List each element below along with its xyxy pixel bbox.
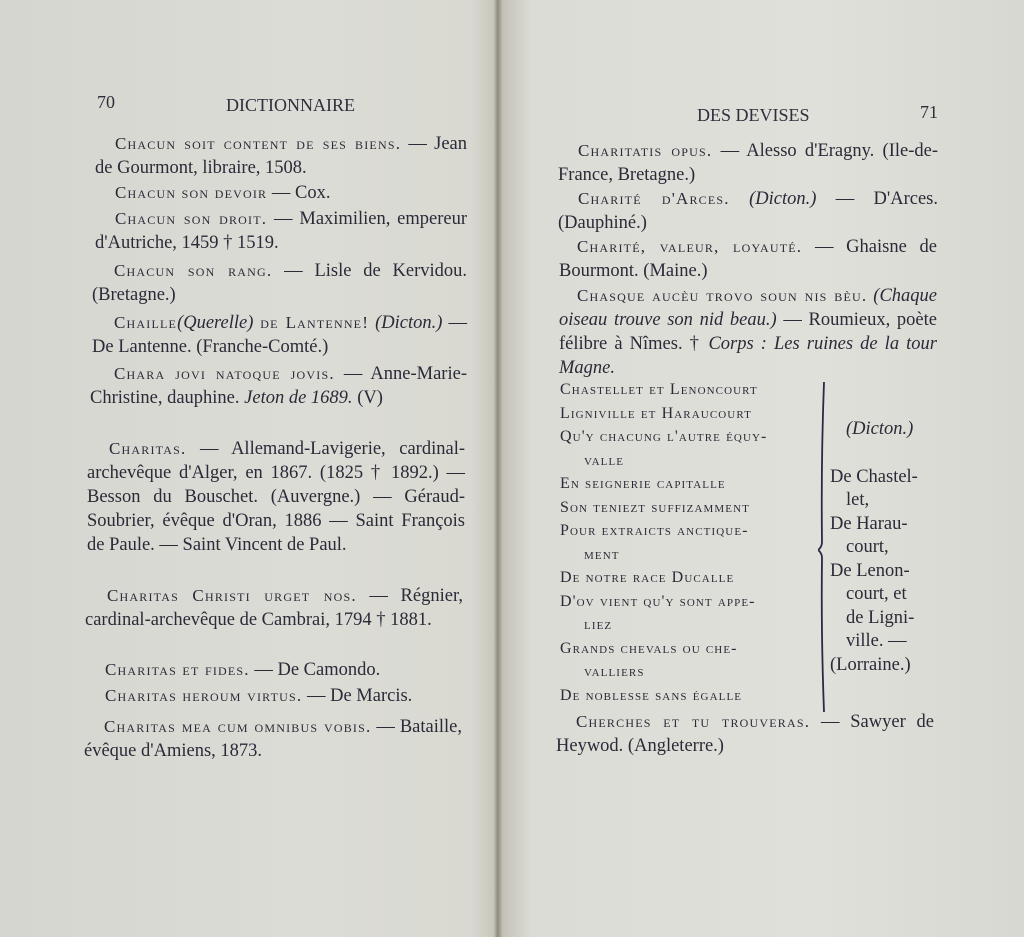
motto: Charitas.: [109, 439, 186, 458]
entry: Chaille(Querelle) de Lantenne! (Dicton.)…: [92, 311, 467, 359]
poem-line: D'ov vient qu'y sont appe-: [560, 590, 810, 614]
motto: Charitas Christi urget nos.: [107, 586, 357, 605]
poem-line: Chastellet et Lenoncourt: [560, 378, 810, 402]
motto: Chacun son droit.: [115, 209, 267, 228]
poem-line: Pour extraicts anctique-: [560, 519, 810, 543]
entry: Chacun soit content de ses biens. — Jean…: [95, 132, 467, 180]
dicton-label: (Dicton.): [830, 418, 940, 442]
motto: Charitatis opus.: [578, 141, 712, 160]
entry: Charitas. — Allemand-Lavigerie, cardinal…: [87, 437, 465, 557]
motto: Charité, valeur, loyauté.: [577, 237, 802, 256]
entry: Charitas et fides. — De Camondo.: [85, 658, 463, 682]
motto: Chasque aucèu trovo soun nis bèu.: [577, 286, 867, 305]
poem-block: Chastellet et Lenoncourt Ligniville et H…: [560, 378, 810, 707]
poem-line: liez: [560, 613, 810, 637]
entry: Charitas mea cum omnibus vobis. — Batail…: [84, 715, 462, 763]
curly-brace-icon: [818, 382, 828, 712]
entry: Charitas heroum virtus. — De Marcis.: [85, 684, 463, 708]
poem-line: valle: [560, 449, 810, 473]
entry: Chacun son droit. — Maximilien, empereur…: [95, 207, 467, 255]
poem-line: Son teniezt suffizamment: [560, 496, 810, 520]
poem-line: ment: [560, 543, 810, 567]
entry: Charitas Christi urget nos. — Régnier, c…: [85, 584, 463, 632]
motto: Charité d'Arces.: [578, 189, 730, 208]
motto: Chaille: [114, 313, 177, 332]
motto: Charitas mea cum omnibus vobis.: [104, 717, 371, 736]
entry: Chasque aucèu trovo soun nis bèu. (Chaqu…: [559, 284, 937, 380]
entry: Chara jovi natoque jovis. — Anne-Marie-C…: [90, 362, 467, 410]
book-spread: 70 DICTIONNAIRE Chacun soit content de s…: [0, 0, 1024, 937]
entry: Chacun son rang. — Lisle de Kervidou. (B…: [92, 259, 467, 307]
entry: Charité d'Arces. (Dicton.) — D'Arces. (D…: [558, 187, 938, 235]
entry: Charitatis opus. — Alesso d'Eragny. (Ile…: [558, 139, 938, 187]
poem-line: De noblesse sans égalle: [560, 684, 810, 708]
entry: Chacun son devoir — Cox.: [95, 181, 467, 205]
poem-line: valliers: [560, 660, 810, 684]
poem-side-note: (Dicton.) De Chastel- let, De Harau- cou…: [830, 418, 940, 677]
page-number-left: 70: [97, 92, 115, 113]
running-title-left: DICTIONNAIRE: [226, 95, 355, 116]
motto: Charitas et fides.: [105, 660, 250, 679]
entry: Cherches et tu trouveras. — Sawyer de He…: [556, 710, 934, 758]
page-number-right: 71: [920, 102, 938, 123]
motto: Chara jovi natoque jovis.: [114, 364, 335, 383]
poem-line: Ligniville et Haraucourt: [560, 402, 810, 426]
motto: Chacun son rang.: [114, 261, 272, 280]
running-title-right: DES DEVISES: [697, 105, 810, 126]
motto: Cherches et tu trouveras.: [576, 712, 810, 731]
motto: Charitas heroum virtus.: [105, 686, 302, 705]
poem-line: De notre race Ducalle: [560, 566, 810, 590]
motto: Chacun son devoir: [115, 183, 267, 202]
poem-line: En seignerie capitalle: [560, 472, 810, 496]
entry: Charité, valeur, loyauté. — Ghaisne de B…: [559, 235, 937, 283]
poem-line: Grands chevals ou che-: [560, 637, 810, 661]
motto: Chacun soit content de ses biens.: [115, 134, 401, 153]
poem-line: Qu'y chacung l'autre équy-: [560, 425, 810, 449]
